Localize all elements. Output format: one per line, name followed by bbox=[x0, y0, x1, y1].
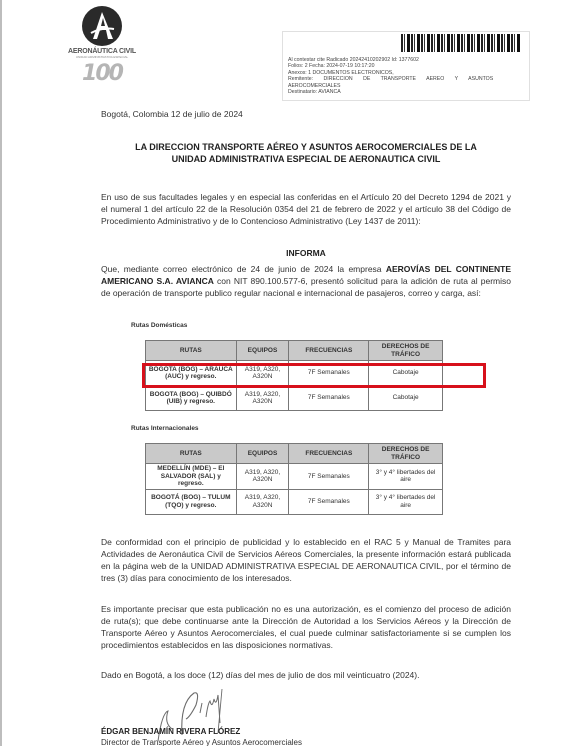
stamp-text: Al contestar cite Radicado 2024241020290… bbox=[288, 57, 524, 95]
rights-cell: Cabotaje bbox=[369, 386, 443, 411]
header-derechos: DERECHOS DE TRÁFICO bbox=[369, 341, 443, 361]
heading-line: UNIDAD ADMINISTRATIVA ESPECIAL DE AERONA… bbox=[100, 153, 512, 165]
header-equipos: EQUIPOS bbox=[236, 341, 289, 361]
table-row: BOGOTA (BOG) – QUIBDÓ (UIB) y regreso. A… bbox=[146, 386, 443, 411]
intro-paragraph: En uso de sus facultades legales y en es… bbox=[101, 191, 511, 227]
route-cell: BOGOTÁ (BOG) – TULUM (TQO) y regreso. bbox=[146, 489, 237, 514]
heading-line: LA DIRECCION TRANSPORTE AÉREO Y ASUNTOS … bbox=[100, 141, 512, 153]
frequency-cell: 7F Semanales bbox=[289, 489, 369, 514]
rights-cell: 3° y 4° libertades del aire bbox=[369, 489, 443, 514]
informa-title: INFORMA bbox=[101, 248, 511, 258]
header-frecuencias: FRECUENCIAS bbox=[289, 444, 369, 464]
route-cell: MEDELLÍN (MDE) – El SALVADOR (SAL) y reg… bbox=[146, 464, 237, 490]
highlight-box bbox=[142, 363, 486, 388]
equipment-cell: A319, A320, A320N bbox=[236, 489, 289, 514]
given-paragraph: Dado en Bogotá, a los doce (12) días del… bbox=[101, 669, 511, 681]
equipment-cell: A319, A320, A320N bbox=[236, 386, 289, 411]
domestic-routes-label: Rutas Domésticas bbox=[131, 322, 187, 329]
clarification-paragraph: Es importante precisar que esta publicac… bbox=[101, 603, 511, 651]
frequency-cell: 7F Semanales bbox=[289, 464, 369, 490]
aeronautica-a-logo-icon bbox=[82, 6, 122, 46]
barcode-icon bbox=[401, 34, 521, 52]
header-frecuencias: FRECUENCIAS bbox=[289, 341, 369, 361]
route-cell: BOGOTA (BOG) – QUIBDÓ (UIB) y regreso. bbox=[146, 386, 237, 411]
header-rutas: RUTAS bbox=[146, 444, 237, 464]
table-row: BOGOTÁ (BOG) – TULUM (TQO) y regreso. A3… bbox=[146, 489, 443, 514]
equipment-cell: A319, A320, A320N bbox=[236, 464, 289, 490]
table-header-row: RUTAS EQUIPOS FRECUENCIAS DERECHOS DE TR… bbox=[146, 341, 443, 361]
request-paragraph: Que, mediante correo electrónico de 24 d… bbox=[101, 263, 511, 299]
table-row: MEDELLÍN (MDE) – El SALVADOR (SAL) y reg… bbox=[146, 464, 443, 490]
anniversary-mark: 100 bbox=[52, 61, 152, 86]
publicity-paragraph: De conformidad con el principio de publi… bbox=[101, 536, 511, 584]
international-routes-label: Rutas Internacionales bbox=[131, 425, 199, 432]
header-rutas: RUTAS bbox=[146, 341, 237, 361]
table-header-row: RUTAS EQUIPOS FRECUENCIAS DERECHOS DE TR… bbox=[146, 444, 443, 464]
frequency-cell: 7F Semanales bbox=[289, 386, 369, 411]
document-heading: LA DIRECCION TRANSPORTE AÉREO Y ASUNTOS … bbox=[100, 141, 512, 165]
page-edge bbox=[0, 0, 4, 746]
stamp-line: Destinatario: AVIANCA bbox=[288, 89, 524, 95]
header-equipos: EQUIPOS bbox=[236, 444, 289, 464]
logo-name: AERONÁUTICA CIVIL bbox=[52, 48, 152, 55]
stamp-line: Remitente: DIRECCION DE TRANSPORTE AEREO… bbox=[288, 76, 524, 82]
rights-cell: 3° y 4° libertades del aire bbox=[369, 464, 443, 490]
signature-icon bbox=[150, 683, 260, 746]
filing-stamp: Al contestar cite Radicado 2024241020290… bbox=[282, 31, 530, 101]
signer-role: Director de Transporte Aéreo y Asuntos A… bbox=[101, 738, 302, 746]
header-derechos: DERECHOS DE TRÁFICO bbox=[369, 444, 443, 464]
place-date: Bogotá, Colombia 12 de julio de 2024 bbox=[101, 109, 243, 119]
logo-subtitle: UNIDAD ADMINISTRATIVA ESPECIAL bbox=[52, 55, 152, 59]
request-text: Que, mediante correo electrónico de 24 d… bbox=[101, 264, 386, 274]
signer-name: ÉDGAR BENJAMÍN RIVERA FLÓREZ bbox=[101, 727, 240, 736]
international-routes-table: RUTAS EQUIPOS FRECUENCIAS DERECHOS DE TR… bbox=[145, 443, 443, 515]
aerocivil-logo: AERONÁUTICA CIVIL UNIDAD ADMINISTRATIVA … bbox=[52, 6, 152, 86]
